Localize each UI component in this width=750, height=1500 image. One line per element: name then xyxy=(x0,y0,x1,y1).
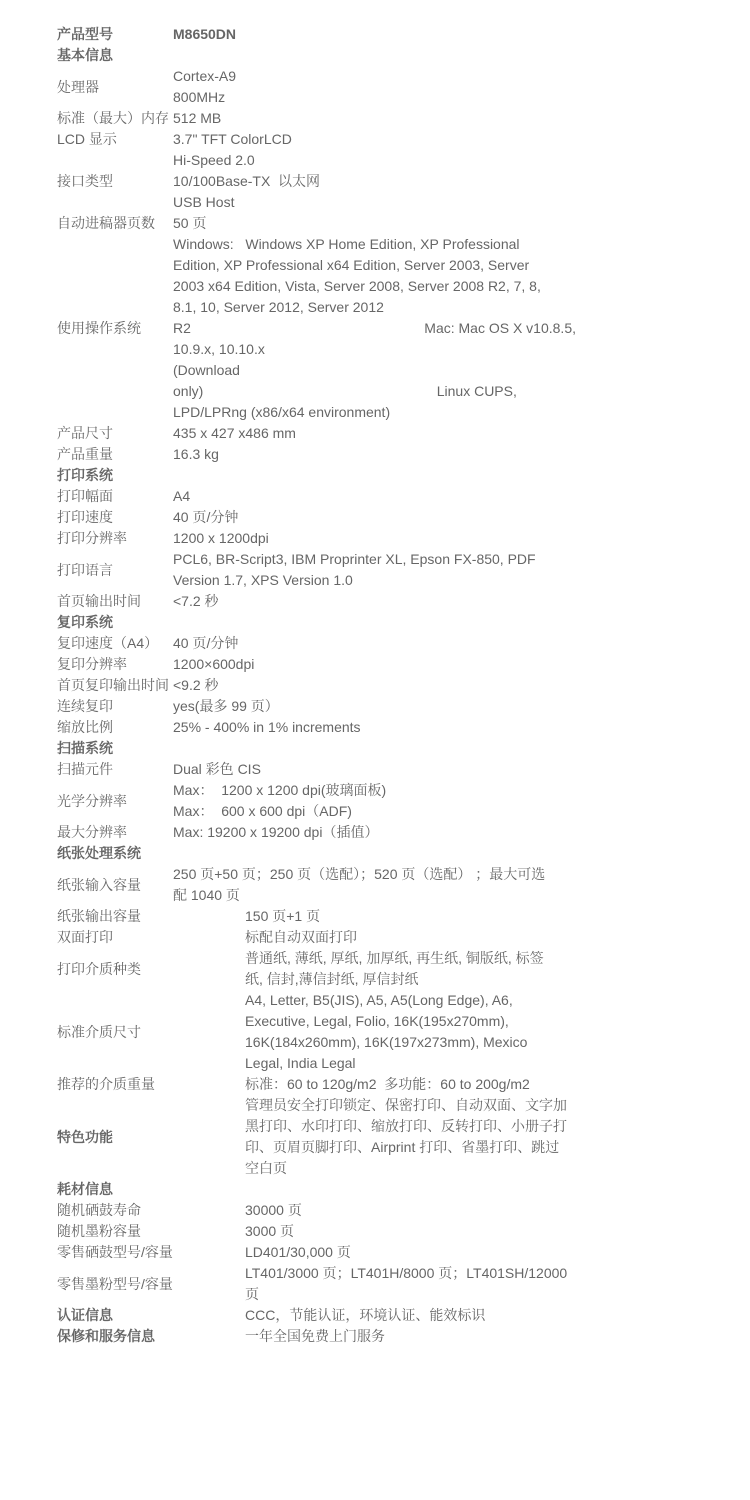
spec-value-line: Max： 600 x 600 dpi（ADF) xyxy=(173,801,710,822)
spec-value-line: Max： 1200 x 1200 dpi(玻璃面板) xyxy=(173,780,710,801)
spec-value-line: 1200 x 1200dpi xyxy=(173,528,710,549)
spec-label: 保修和服务信息 xyxy=(57,1326,245,1347)
spec-row: 纸张输出容量150 页+1 页 xyxy=(57,906,710,927)
spec-value-line: 25% - 400% in 1% increments xyxy=(173,717,710,738)
spec-row: 光学分辨率Max： 1200 x 1200 dpi(玻璃面板)Max： 600 … xyxy=(57,780,710,822)
spec-value-line: A4, Letter, B5(JIS), A5, A5(Long Edge), … xyxy=(245,990,710,1011)
spec-row: 标准介质尺寸A4, Letter, B5(JIS), A5, A5(Long E… xyxy=(57,990,710,1074)
spec-value-line: 150 页+1 页 xyxy=(245,906,710,927)
spec-value: 管理员安全打印锁定、保密打印、自动双面、文字加黑打印、水印打印、缩放打印、反转打… xyxy=(245,1095,710,1179)
spec-label: 标准（最大）内存 xyxy=(57,108,173,129)
spec-value: Max： 1200 x 1200 dpi(玻璃面板)Max： 600 x 600… xyxy=(173,780,710,822)
spec-value: 3000 页 xyxy=(245,1221,710,1242)
spec-page: 产品型号M8650DN基本信息处理器Cortex-A9800MHz标准（最大）内… xyxy=(0,0,750,1347)
spec-value-line: 标准：60 to 120g/m2 多功能：60 to 200g/m2 xyxy=(245,1074,710,1095)
spec-row: 产品重量16.3 kg xyxy=(57,444,710,465)
spec-value: Hi-Speed 2.010/100Base-TX 以太网USB Host xyxy=(173,150,710,213)
spec-row: 首页输出时间<7.2 秒 xyxy=(57,591,710,612)
spec-value-line: PCL6, BR-Script3, IBM Proprinter XL, Eps… xyxy=(173,549,710,570)
spec-label: 复印速度（A4） xyxy=(57,633,173,654)
spec-row: 标准（最大）内存512 MB xyxy=(57,108,710,129)
spec-value-line: 512 MB xyxy=(173,108,710,129)
spec-value: 435 x 427 x486 mm xyxy=(173,423,710,444)
spec-label: 双面打印 xyxy=(57,927,245,948)
spec-value-line: (Download xyxy=(173,360,710,381)
spec-row: 打印分辨率1200 x 1200dpi xyxy=(57,528,710,549)
spec-value: <9.2 秒 xyxy=(173,675,710,696)
spec-row: 纸张输入容量250 页+50 页；250 页（选配）；520 页（选配） ；最大… xyxy=(57,864,710,906)
spec-value: A4 xyxy=(173,486,710,507)
spec-label: 复印分辨率 xyxy=(57,654,173,675)
spec-value: Max: 19200 x 19200 dpi（插值） xyxy=(173,822,710,843)
spec-row: 扫描元件Dual 彩色 CIS xyxy=(57,759,710,780)
spec-label: 纸张输出容量 xyxy=(57,906,245,927)
spec-row: 自动进稿器页数50 页 xyxy=(57,213,710,234)
spec-label: 首页复印输出时间 xyxy=(57,675,173,696)
spec-label: 打印介质种类 xyxy=(57,959,245,980)
spec-value-line: 30000 页 xyxy=(245,1200,710,1221)
spec-value-line: only) Linux CUPS, xyxy=(173,381,710,402)
spec-label: 打印幅面 xyxy=(57,486,173,507)
spec-value-line: LD401/30,000 页 xyxy=(245,1242,710,1263)
section-header: 耗材信息 xyxy=(57,1179,710,1200)
spec-value: yes(最多 99 页） xyxy=(173,696,710,717)
spec-label: 首页输出时间 xyxy=(57,591,173,612)
spec-row: 最大分辨率Max: 19200 x 19200 dpi（插值） xyxy=(57,822,710,843)
spec-row: 打印语言PCL6, BR-Script3, IBM Proprinter XL,… xyxy=(57,549,710,591)
spec-value-line: 10.9.x, 10.10.x xyxy=(173,339,710,360)
spec-row: 接口类型Hi-Speed 2.010/100Base-TX 以太网USB Hos… xyxy=(57,150,710,213)
spec-value-line: 管理员安全打印锁定、保密打印、自动双面、文字加 xyxy=(245,1095,710,1116)
spec-value-line: Executive, Legal, Folio, 16K(195x270mm), xyxy=(245,1011,710,1032)
spec-value-line: 2003 x64 Edition, Vista, Server 2008, Se… xyxy=(173,276,710,297)
spec-row: 打印介质种类普通纸, 薄纸, 厚纸, 加厚纸, 再生纸, 铜版纸, 标签纸, 信… xyxy=(57,948,710,990)
spec-value: 16.3 kg xyxy=(173,444,710,465)
spec-value-line: 纸, 信封,薄信封纸, 厚信封纸 xyxy=(245,969,710,990)
spec-value-line: Max: 19200 x 19200 dpi（插值） xyxy=(173,822,710,843)
spec-row: 复印速度（A4）40 页/分钟 xyxy=(57,633,710,654)
spec-row: 双面打印标配自动双面打印 xyxy=(57,927,710,948)
spec-label: 零售墨粉型号/容量 xyxy=(57,1274,245,1295)
spec-label: 产品型号 xyxy=(57,24,173,45)
spec-value-line: 16.3 kg xyxy=(173,444,710,465)
spec-row: 零售硒鼓型号/容量LD401/30,000 页 xyxy=(57,1242,710,1263)
spec-label: 连续复印 xyxy=(57,696,173,717)
section-header: 复印系统 xyxy=(57,612,710,633)
spec-label: 推荐的介质重量 xyxy=(57,1074,245,1095)
spec-label: 打印分辨率 xyxy=(57,528,173,549)
spec-value: 250 页+50 页；250 页（选配）；520 页（选配） ；最大可选配 10… xyxy=(173,864,710,906)
spec-label: 处理器 xyxy=(57,77,173,98)
spec-value-line: 800MHz xyxy=(173,87,710,108)
spec-value: 标配自动双面打印 xyxy=(245,927,710,948)
spec-value: Cortex-A9800MHz xyxy=(173,66,710,108)
spec-value: 普通纸, 薄纸, 厚纸, 加厚纸, 再生纸, 铜版纸, 标签纸, 信封,薄信封纸… xyxy=(245,948,710,990)
spec-value-line: M8650DN xyxy=(173,24,710,45)
spec-label: 接口类型 xyxy=(57,171,173,192)
spec-value-line: 配 1040 页 xyxy=(173,885,710,906)
spec-value: 3.7" TFT ColorLCD xyxy=(173,129,710,150)
spec-label: 随机硒鼓寿命 xyxy=(57,1200,245,1221)
spec-row: 认证信息CCC，节能认证，环境认证、能效标识 xyxy=(57,1305,710,1326)
spec-value: 30000 页 xyxy=(245,1200,710,1221)
spec-label: 认证信息 xyxy=(57,1305,245,1326)
spec-row: 首页复印输出时间<9.2 秒 xyxy=(57,675,710,696)
spec-value-line: <9.2 秒 xyxy=(173,675,710,696)
spec-row: 特色功能管理员安全打印锁定、保密打印、自动双面、文字加黑打印、水印打印、缩放打印… xyxy=(57,1095,710,1179)
spec-label: 打印语言 xyxy=(57,560,173,581)
spec-value-line: <7.2 秒 xyxy=(173,591,710,612)
spec-value: 150 页+1 页 xyxy=(245,906,710,927)
spec-value-line: 250 页+50 页；250 页（选配）；520 页（选配） ；最大可选 xyxy=(173,864,710,885)
spec-table: 产品型号M8650DN基本信息处理器Cortex-A9800MHz标准（最大）内… xyxy=(57,24,710,1347)
spec-label: 最大分辨率 xyxy=(57,822,173,843)
spec-label: 零售硒鼓型号/容量 xyxy=(57,1242,245,1263)
spec-label: 产品尺寸 xyxy=(57,423,173,444)
spec-row: 产品型号M8650DN xyxy=(57,24,710,45)
spec-value: CCC，节能认证，环境认证、能效标识 xyxy=(245,1305,710,1326)
spec-row: 复印分辨率1200×600dpi xyxy=(57,654,710,675)
spec-value-line: USB Host xyxy=(173,192,710,213)
spec-row: 使用操作系统Windows: Windows XP Home Edition, … xyxy=(57,234,710,423)
spec-row: LCD 显示3.7" TFT ColorLCD xyxy=(57,129,710,150)
spec-value: <7.2 秒 xyxy=(173,591,710,612)
spec-row: 处理器Cortex-A9800MHz xyxy=(57,66,710,108)
spec-value-line: 40 页/分钟 xyxy=(173,633,710,654)
spec-row: 推荐的介质重量标准：60 to 120g/m2 多功能：60 to 200g/m… xyxy=(57,1074,710,1095)
spec-value-line: A4 xyxy=(173,486,710,507)
spec-value-line: 空白页 xyxy=(245,1158,710,1179)
spec-value: 1200 x 1200dpi xyxy=(173,528,710,549)
spec-row: 连续复印yes(最多 99 页） xyxy=(57,696,710,717)
spec-label: 扫描元件 xyxy=(57,759,173,780)
spec-value-line: 1200×600dpi xyxy=(173,654,710,675)
spec-row: 随机硒鼓寿命30000 页 xyxy=(57,1200,710,1221)
spec-value-line: Hi-Speed 2.0 xyxy=(173,150,710,171)
spec-value-line: 印、页眉页脚打印、Airprint 打印、省墨打印、跳过 xyxy=(245,1137,710,1158)
spec-value-line: 50 页 xyxy=(173,213,710,234)
spec-value-line: 16K(184x260mm), 16K(197x273mm), Mexico xyxy=(245,1032,710,1053)
spec-label: 打印速度 xyxy=(57,507,173,528)
section-header: 基本信息 xyxy=(57,45,710,66)
spec-value: PCL6, BR-Script3, IBM Proprinter XL, Eps… xyxy=(173,549,710,591)
spec-value: 50 页 xyxy=(173,213,710,234)
spec-value-line: 435 x 427 x486 mm xyxy=(173,423,710,444)
spec-label: 纸张输入容量 xyxy=(57,875,173,896)
spec-value-line: 黑打印、水印打印、缩放打印、反转打印、小册子打 xyxy=(245,1116,710,1137)
spec-value: A4, Letter, B5(JIS), A5, A5(Long Edge), … xyxy=(245,990,710,1074)
spec-row: 产品尺寸435 x 427 x486 mm xyxy=(57,423,710,444)
spec-value-line: yes(最多 99 页） xyxy=(173,696,710,717)
spec-value-line: R2 Mac: Mac OS X v10.8.5, xyxy=(173,318,710,339)
spec-value-line: 页 xyxy=(245,1284,710,1305)
spec-row: 随机墨粉容量3000 页 xyxy=(57,1221,710,1242)
spec-label: 随机墨粉容量 xyxy=(57,1221,245,1242)
spec-value-line: 40 页/分钟 xyxy=(173,507,710,528)
spec-label: 产品重量 xyxy=(57,444,173,465)
spec-value-line: 一年全国免费上门服务 xyxy=(245,1326,710,1347)
spec-value: LD401/30,000 页 xyxy=(245,1242,710,1263)
spec-label: 标准介质尺寸 xyxy=(57,1022,245,1043)
spec-value: 512 MB xyxy=(173,108,710,129)
spec-value-line: Edition, XP Professional x64 Edition, Se… xyxy=(173,255,710,276)
spec-value-line: 普通纸, 薄纸, 厚纸, 加厚纸, 再生纸, 铜版纸, 标签 xyxy=(245,948,710,969)
spec-value: Windows: Windows XP Home Edition, XP Pro… xyxy=(173,234,710,423)
spec-value-line: 3000 页 xyxy=(245,1221,710,1242)
spec-row: 打印幅面A4 xyxy=(57,486,710,507)
spec-value: M8650DN xyxy=(173,24,710,45)
spec-value-line: Legal, India Legal xyxy=(245,1053,710,1074)
spec-value-line: Cortex-A9 xyxy=(173,66,710,87)
section-header: 纸张处理系统 xyxy=(57,843,710,864)
spec-label: 缩放比例 xyxy=(57,717,173,738)
spec-value: 一年全国免费上门服务 xyxy=(245,1326,710,1347)
section-header: 打印系统 xyxy=(57,465,710,486)
spec-value: 标准：60 to 120g/m2 多功能：60 to 200g/m2 xyxy=(245,1074,710,1095)
spec-label: LCD 显示 xyxy=(57,129,173,150)
spec-label: 光学分辨率 xyxy=(57,791,173,812)
spec-value-line: 3.7" TFT ColorLCD xyxy=(173,129,710,150)
spec-value-line: Windows: Windows XP Home Edition, XP Pro… xyxy=(173,234,710,255)
spec-row: 保修和服务信息一年全国免费上门服务 xyxy=(57,1326,710,1347)
spec-row: 零售墨粉型号/容量LT401/3000 页；LT401H/8000 页；LT40… xyxy=(57,1263,710,1305)
spec-row: 缩放比例25% - 400% in 1% increments xyxy=(57,717,710,738)
spec-row: 打印速度40 页/分钟 xyxy=(57,507,710,528)
spec-value-line: 10/100Base-TX 以太网 xyxy=(173,171,710,192)
spec-value: Dual 彩色 CIS xyxy=(173,759,710,780)
spec-label: 特色功能 xyxy=(57,1127,245,1148)
spec-value: LT401/3000 页；LT401H/8000 页；LT401SH/12000… xyxy=(245,1263,710,1305)
spec-value-line: CCC，节能认证，环境认证、能效标识 xyxy=(245,1305,710,1326)
spec-value-line: LPD/LPRng (x86/x64 environment) xyxy=(173,402,710,423)
spec-label: 使用操作系统 xyxy=(57,318,173,339)
spec-value: 40 页/分钟 xyxy=(173,633,710,654)
spec-value-line: 8.1, 10, Server 2012, Server 2012 xyxy=(173,297,710,318)
spec-value: 25% - 400% in 1% increments xyxy=(173,717,710,738)
spec-value-line: Dual 彩色 CIS xyxy=(173,759,710,780)
spec-label: 自动进稿器页数 xyxy=(57,213,173,234)
spec-value: 1200×600dpi xyxy=(173,654,710,675)
spec-value-line: Version 1.7, XPS Version 1.0 xyxy=(173,570,710,591)
spec-value: 40 页/分钟 xyxy=(173,507,710,528)
section-header: 扫描系统 xyxy=(57,738,710,759)
spec-value-line: LT401/3000 页；LT401H/8000 页；LT401SH/12000 xyxy=(245,1263,710,1284)
spec-value-line: 标配自动双面打印 xyxy=(245,927,710,948)
